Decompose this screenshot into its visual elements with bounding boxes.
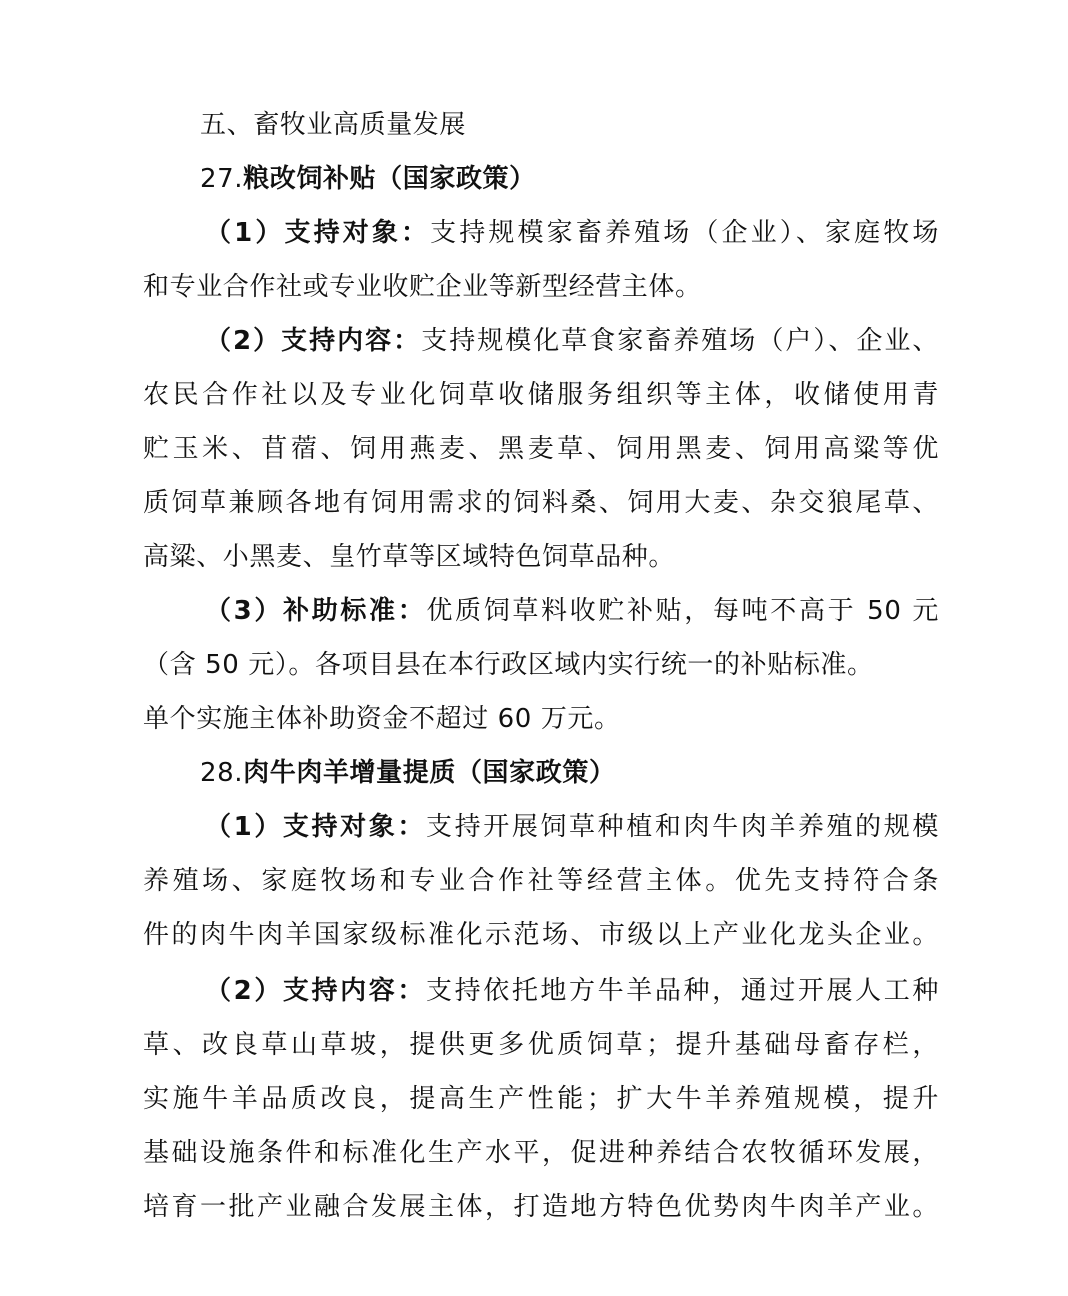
item-title: 肉牛肉羊增量提质（国家政策） bbox=[243, 758, 615, 788]
item-27-para-2-line-3: 贮玉米、苜蓿、饲用燕麦、黑麦草、饲用黑麦、饲用高粱等优 bbox=[143, 422, 939, 476]
section-heading-text: 五、畜牧业高质量发展 bbox=[200, 110, 466, 140]
paragraph-text: 支持规模化草食家畜养殖场（户）、企业、 bbox=[421, 326, 939, 356]
paragraph-text: 单个实施主体补助资金不超过 60 万元。 bbox=[143, 704, 621, 734]
paragraph-text: 养殖场、家庭牧场和专业合作社等经营主体。优先支持符合条 bbox=[143, 866, 939, 896]
item-28-heading: 28.肉牛肉羊增量提质（国家政策） bbox=[200, 746, 939, 800]
item-27-para-1-line-2: 和专业合作社或专业收贮企业等新型经营主体。 bbox=[143, 260, 939, 314]
item-27-heading: 27.粮改饲补贴（国家政策） bbox=[200, 152, 939, 206]
paragraph-text: 优质饲草料收贮补贴，每吨不高于 50 元 bbox=[426, 596, 939, 626]
item-27-para-2-line-2: 农民合作社以及专业化饲草收储服务组织等主体，收储使用青 bbox=[143, 368, 939, 422]
paragraph-text: 培育一批产业融合发展主体，打造地方特色优势肉牛肉羊产业。 bbox=[143, 1192, 939, 1222]
paragraph-text: 支持规模家畜养殖场（企业）、家庭牧场 bbox=[430, 218, 939, 248]
paragraph-text: 和专业合作社或专业收贮企业等新型经营主体。 bbox=[143, 272, 702, 302]
item-28-para-2-line-5: 培育一批产业融合发展主体，打造地方特色优势肉牛肉羊产业。 bbox=[143, 1180, 939, 1234]
paragraph-text: 支持依托地方牛羊品种，通过开展人工种 bbox=[426, 976, 939, 1006]
item-27-para-3-line-2: （含 50 元）。各项目县在本行政区域内实行统一的补贴标准。 bbox=[143, 638, 939, 692]
item-27-para-3-line-3: 单个实施主体补助资金不超过 60 万元。 bbox=[143, 692, 939, 746]
item-27-para-2-line-1: （2）支持内容：支持规模化草食家畜养殖场（户）、企业、 bbox=[205, 314, 939, 368]
item-27-para-1-line-1: （1）支持对象：支持规模家畜养殖场（企业）、家庭牧场 bbox=[205, 206, 939, 260]
item-28-para-1-line-3: 件的肉牛肉羊国家级标准化示范场、市级以上产业化龙头企业。 bbox=[143, 908, 939, 962]
paragraph-label: （2）支持内容： bbox=[205, 976, 426, 1006]
paragraph-label: （1）支持对象： bbox=[205, 218, 430, 248]
paragraph-label: （1）支持对象： bbox=[205, 812, 426, 842]
paragraph-text: （含 50 元）。各项目县在本行政区域内实行统一的补贴标准。 bbox=[143, 650, 874, 680]
paragraph-text: 贮玉米、苜蓿、饲用燕麦、黑麦草、饲用黑麦、饲用高粱等优 bbox=[143, 434, 939, 464]
item-title: 粮改饲补贴（国家政策） bbox=[243, 164, 536, 194]
paragraph-text: 草、改良草山草坡，提供更多优质饲草；提升基础母畜存栏， bbox=[143, 1030, 939, 1060]
paragraph-text: 高粱、小黑麦、皇竹草等区域特色饲草品种。 bbox=[143, 542, 675, 572]
item-28-para-1-line-2: 养殖场、家庭牧场和专业合作社等经营主体。优先支持符合条 bbox=[143, 854, 939, 908]
section-heading: 五、畜牧业高质量发展 bbox=[200, 98, 939, 152]
paragraph-text: 件的肉牛肉羊国家级标准化示范场、市级以上产业化龙头企业。 bbox=[143, 920, 939, 950]
item-28-para-2-line-1: （2）支持内容：支持依托地方牛羊品种，通过开展人工种 bbox=[205, 964, 939, 1018]
item-28-para-2-line-2: 草、改良草山草坡，提供更多优质饲草；提升基础母畜存栏， bbox=[143, 1018, 939, 1072]
item-28-para-2-line-3: 实施牛羊品质改良，提高生产性能；扩大牛羊养殖规模，提升 bbox=[143, 1072, 939, 1126]
paragraph-text: 实施牛羊品质改良，提高生产性能；扩大牛羊养殖规模，提升 bbox=[143, 1084, 939, 1114]
paragraph-label: （3）补助标准： bbox=[205, 596, 426, 626]
item-number: 28. bbox=[200, 758, 243, 788]
item-27-para-3-line-1: （3）补助标准：优质饲草料收贮补贴，每吨不高于 50 元 bbox=[205, 584, 939, 638]
paragraph-text: 基础设施条件和标准化生产水平，促进种养结合农牧循环发展， bbox=[143, 1138, 939, 1168]
paragraph-label: （2）支持内容： bbox=[205, 326, 421, 356]
paragraph-text: 质饲草兼顾各地有饲用需求的饲料桑、饲用大麦、杂交狼尾草、 bbox=[143, 488, 939, 518]
paragraph-text: 支持开展饲草种植和肉牛肉羊养殖的规模 bbox=[426, 812, 939, 842]
document-page: 五、畜牧业高质量发展 27.粮改饲补贴（国家政策） （1）支持对象：支持规模家畜… bbox=[0, 0, 1068, 1296]
item-number: 27. bbox=[200, 164, 243, 194]
item-27-para-2-line-4: 质饲草兼顾各地有饲用需求的饲料桑、饲用大麦、杂交狼尾草、 bbox=[143, 476, 939, 530]
paragraph-text: 农民合作社以及专业化饲草收储服务组织等主体，收储使用青 bbox=[143, 380, 939, 410]
item-28-para-1-line-1: （1）支持对象：支持开展饲草种植和肉牛肉羊养殖的规模 bbox=[205, 800, 939, 854]
item-28-para-2-line-4: 基础设施条件和标准化生产水平，促进种养结合农牧循环发展， bbox=[143, 1126, 939, 1180]
item-27-para-2-line-5: 高粱、小黑麦、皇竹草等区域特色饲草品种。 bbox=[143, 530, 939, 584]
